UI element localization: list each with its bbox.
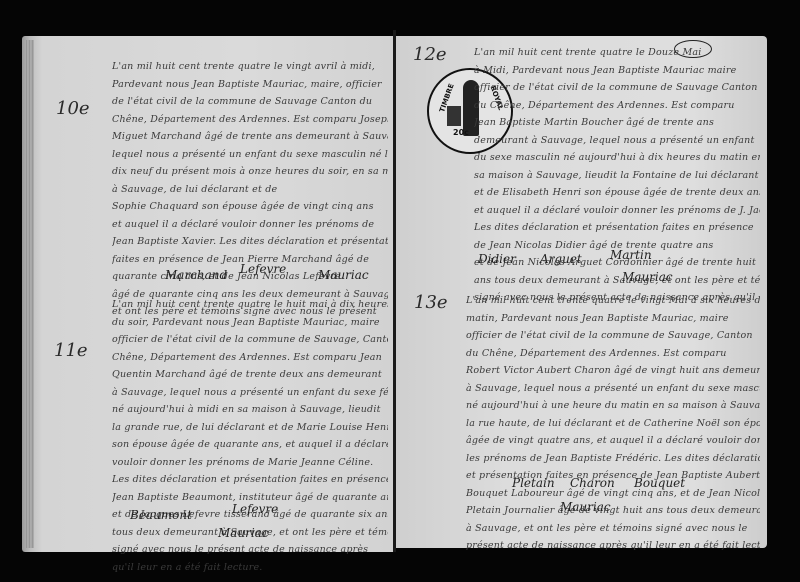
text-line: Pletain Journalier âgé de vingt huit ans…: [466, 502, 760, 520]
page-edges: [26, 40, 34, 548]
text-line: Robert Victor Aubert Charon âgé de vingt…: [466, 362, 760, 380]
signature: Lefevre: [232, 502, 278, 516]
text-line: la grande rue, de lui déclarant et de Ma…: [112, 419, 388, 437]
text-line: âgée de vingt quatre ans, et auquel il a…: [466, 432, 760, 450]
text-line: Miguet Marchand âgé de trente ans demeur…: [112, 128, 388, 146]
text-line: né aujourd'hui à midi en sa maison à Sau…: [112, 401, 388, 419]
text-line: présent acte de naissance après qu'il le…: [466, 537, 760, 555]
text-line: Sophie Chaquard son épouse âgée de vingt…: [112, 198, 388, 216]
text-line: ans tous deux demeurant à Sauvage, et on…: [474, 272, 760, 290]
signature: Martin: [610, 248, 652, 262]
text-line: officier de l'état civil de la commune d…: [466, 327, 760, 345]
stamp-pedestal-icon: [447, 106, 461, 126]
text-line: matin, Pardevant nous Jean Baptiste Maur…: [466, 310, 760, 328]
entry-number-12: 12e: [413, 44, 447, 65]
text-line: Chêne, Département des Ardennes. Est com…: [112, 349, 388, 367]
text-line: qu'il leur en a été fait lecture.: [112, 559, 388, 577]
text-line: à Sauvage, de lui déclarant et de: [112, 181, 388, 199]
text-line: son épouse âgée de quarante ans, et auqu…: [112, 436, 388, 454]
text-line: à Sauvage, et ont les père et témoins si…: [466, 520, 760, 538]
signature: Didier: [478, 252, 516, 266]
signature: Arguet: [540, 252, 582, 266]
text-line: Jean Baptiste Xavier. Les dites déclarat…: [112, 233, 388, 251]
text-line: à Sauvage, lequel nous a présenté un enf…: [466, 380, 760, 398]
text-line: à Sauvage, lequel nous a présenté un enf…: [112, 384, 388, 402]
book-spine: [393, 30, 396, 552]
signature: Mauriac: [622, 270, 673, 284]
text-line: Pardevant nous Jean Baptiste Mauriac, ma…: [112, 76, 388, 94]
entry-number-13: 13e: [414, 292, 448, 313]
text-line: du sexe masculin né aujourd'hui à dix he…: [474, 149, 760, 167]
text-line: né aujourd'hui à une heure du matin en s…: [466, 397, 760, 415]
signature: Beaumont: [130, 508, 192, 522]
text-line: à Midi, Pardevant nous Jean Baptiste Mau…: [474, 62, 760, 80]
entry-12-text: L'an mil huit cent trente quatre le Douz…: [474, 44, 760, 307]
text-line: officier de l'état civil de la commune d…: [112, 331, 388, 349]
text-line: Quentin Marchand âgé de trente deux ans …: [112, 366, 388, 384]
text-line: vouloir donner les prénoms de Marie Jean…: [112, 454, 388, 472]
text-line: Jean Baptiste Martin Boucher âgé de tren…: [474, 114, 760, 132]
text-line: les prénoms de Jean Baptiste Frédéric. L…: [466, 450, 760, 468]
text-line: signé avec nous le présent acte de naiss…: [112, 541, 388, 559]
text-line: demeurant à Sauvage, lequel nous a prése…: [474, 132, 760, 150]
text-line: et auquel il a déclaré vouloir donner le…: [112, 216, 388, 234]
text-line: lequel nous a présenté un enfant du sexe…: [112, 146, 388, 164]
text-line: du Chêne, Département des Ardennes. Est …: [474, 97, 760, 115]
text-line: officier de l'état civil de la commune d…: [474, 79, 760, 97]
text-line: L'an mil huit cent trente quatre le ving…: [466, 292, 760, 310]
text-line: du Chêne, Département des Ardennes. Est …: [466, 345, 760, 363]
text-line: la rue haute, de lui déclarant et de Cat…: [466, 415, 760, 433]
entry-number-11: 11e: [54, 340, 88, 361]
signature: Marchand: [165, 268, 227, 282]
signature: Charon: [570, 476, 615, 490]
text-line: L'an mil huit cent trente quatre le huit…: [112, 296, 388, 314]
text-line: du soir, Pardevant nous Jean Baptiste Ma…: [112, 314, 388, 332]
entry-13-text: L'an mil huit cent trente quatre le ving…: [466, 292, 760, 555]
signature: Mauriac: [318, 268, 369, 282]
text-line: et de Elisabeth Henri son épouse âgée de…: [474, 184, 760, 202]
text-line: sa maison à Sauvage, lieudit la Fontaine…: [474, 167, 760, 185]
signature: Mauriac: [218, 526, 269, 540]
signature: Bouquet: [634, 476, 685, 490]
signature: Mauriac: [560, 500, 611, 514]
stamp-price: 20c: [453, 128, 469, 137]
text-line: dix neuf du présent mois à onze heures d…: [112, 163, 388, 181]
text-line: L'an mil huit cent trente quatre le ving…: [112, 58, 388, 76]
text-line: et auquel il a déclaré vouloir donner le…: [474, 202, 760, 220]
text-line: Les dites déclaration et présentation fa…: [112, 471, 388, 489]
text-line: L'an mil huit cent trente quatre le Douz…: [474, 44, 760, 62]
text-line: Chêne, Département des Ardennes. Est com…: [112, 111, 388, 129]
text-line: Les dites déclaration et présentation fa…: [474, 219, 760, 237]
signature: Pletain: [512, 476, 555, 490]
signature: Lefevre: [240, 262, 286, 276]
text-line: de l'état civil de la commune de Sauvage…: [112, 93, 388, 111]
entry-number-10: 10e: [56, 98, 90, 119]
